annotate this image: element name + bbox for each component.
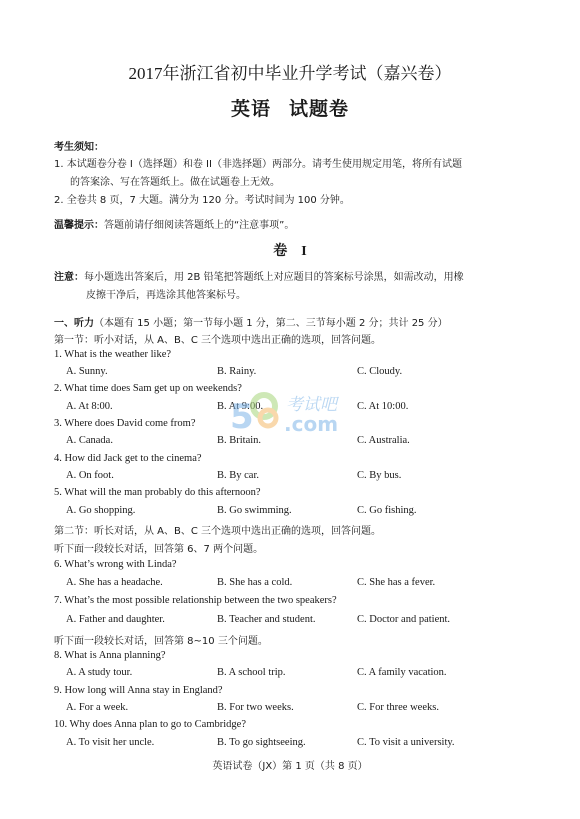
option-3a: A. Canada. (66, 435, 113, 446)
paper-label: 试题卷 (289, 98, 349, 120)
option-9b: B. For two weeks. (217, 702, 294, 713)
option-4a: A. On foot. (66, 470, 114, 481)
option-4b: B. By car. (217, 470, 259, 481)
volume-heading: 卷I (0, 240, 580, 260)
question-10: 10. Why does Anna plan to go to Cambridg… (54, 719, 246, 730)
option-9a: A. For a week. (66, 702, 128, 713)
option-2c: C. At 10:00. (357, 401, 408, 412)
notice-item-1: 1. 本试题卷分卷 I（选择题）和卷 II（非选择题）两部分。请考生使用规定用笔… (54, 155, 462, 170)
exam-subtitle: 英语试题卷 (0, 94, 580, 121)
svg-text:.com: .com (284, 412, 338, 434)
tip-text: 答题前请仔细阅读答题纸上的“注意事项”。 (104, 220, 294, 231)
exam-title: 2017年浙江省初中毕业升学考试（嘉兴卷） (0, 59, 580, 84)
option-5b: B. Go swimming. (217, 505, 292, 516)
svg-text:5: 5 (230, 397, 254, 434)
attention: 注意：每小题选出答案后，用 2B 铅笔把答题纸上对应题目的答案标号涂黑，如需改动… (54, 268, 464, 283)
part1-instruction: 第一节：听小对话，从 A、B、C 三个选项中选出正确的选项，回答问题。 (54, 331, 381, 346)
dialog1-instruction: 听下面一段较长对话，回答第 6、7 两个问题。 (54, 540, 263, 555)
option-10a: A. To visit her uncle. (66, 737, 154, 748)
option-10c: C. To visit a university. (357, 737, 455, 748)
question-1: 1. What is the weather like? (54, 349, 171, 360)
question-6: 6. What’s wrong with Linda? (54, 559, 177, 570)
section1-heading: 一、听力（本题有 15 小题；第一节每小题 1 分，第二、三节每小题 2 分；共… (54, 314, 448, 329)
tip-label: 温馨提示： (54, 220, 104, 231)
part2-instruction: 第二节：听长对话，从 A、B、C 三个选项中选出正确的选项，回答问题。 (54, 522, 381, 537)
option-5a: A. Go shopping. (66, 505, 135, 516)
option-10b: B. To go sightseeing. (217, 737, 306, 748)
option-1b: B. Rainy. (217, 366, 256, 377)
option-8b: B. A school trip. (217, 667, 286, 678)
option-7a: A. Father and daughter. (66, 614, 165, 625)
dialog2-instruction: 听下面一段较长对话，回答第 8~10 三个问题。 (54, 632, 268, 647)
option-5c: C. Go fishing. (357, 505, 417, 516)
question-3: 3. Where does David come from? (54, 418, 196, 429)
watermark-logo: 5 考试吧 .com (228, 388, 358, 434)
question-8: 8. What is Anna planning? (54, 650, 166, 661)
subject-label: 英语 (231, 98, 271, 120)
question-2: 2. What time does Sam get up on weekends… (54, 383, 242, 394)
attention-label: 注意： (54, 272, 84, 283)
question-9: 9. How long will Anna stay in England? (54, 685, 223, 696)
attention-cont: 皮擦干净后，再选涂其他答案标号。 (86, 286, 246, 301)
question-4: 4. How did Jack get to the cinema? (54, 453, 202, 464)
option-8a: A. A study tour. (66, 667, 132, 678)
notice-heading: 考生须知： (54, 138, 104, 153)
option-6a: A. She has a headache. (66, 577, 163, 588)
tip: 温馨提示：答题前请仔细阅读答题纸上的“注意事项”。 (54, 216, 294, 231)
option-2a: A. At 8:00. (66, 401, 113, 412)
notice-item-2: 2. 全卷共 8 页，7 大题。满分为 120 分。考试时间为 100 分钟。 (54, 191, 350, 206)
option-3b: B. Britain. (217, 435, 261, 446)
page-footer: 英语试卷（JX）第 1 页（共 8 页） (0, 757, 580, 772)
option-3c: C. Australia. (357, 435, 410, 446)
question-5: 5. What will the man probably do this af… (54, 487, 261, 498)
option-9c: C. For three weeks. (357, 702, 439, 713)
question-7: 7. What’s the most possible relationship… (54, 595, 337, 606)
option-6b: B. She has a cold. (217, 577, 292, 588)
option-4c: C. By bus. (357, 470, 401, 481)
option-7b: B. Teacher and student. (217, 614, 316, 625)
option-6c: C. She has a fever. (357, 577, 435, 588)
option-1a: A. Sunny. (66, 366, 108, 377)
notice-item-1-cont: 的答案涂、写在答题纸上。做在试题卷上无效。 (70, 173, 280, 188)
option-1c: C. Cloudy. (357, 366, 402, 377)
option-7c: C. Doctor and patient. (357, 614, 450, 625)
watermark-566-icon: 5 考试吧 .com (228, 388, 358, 434)
option-8c: C. A family vacation. (357, 667, 447, 678)
